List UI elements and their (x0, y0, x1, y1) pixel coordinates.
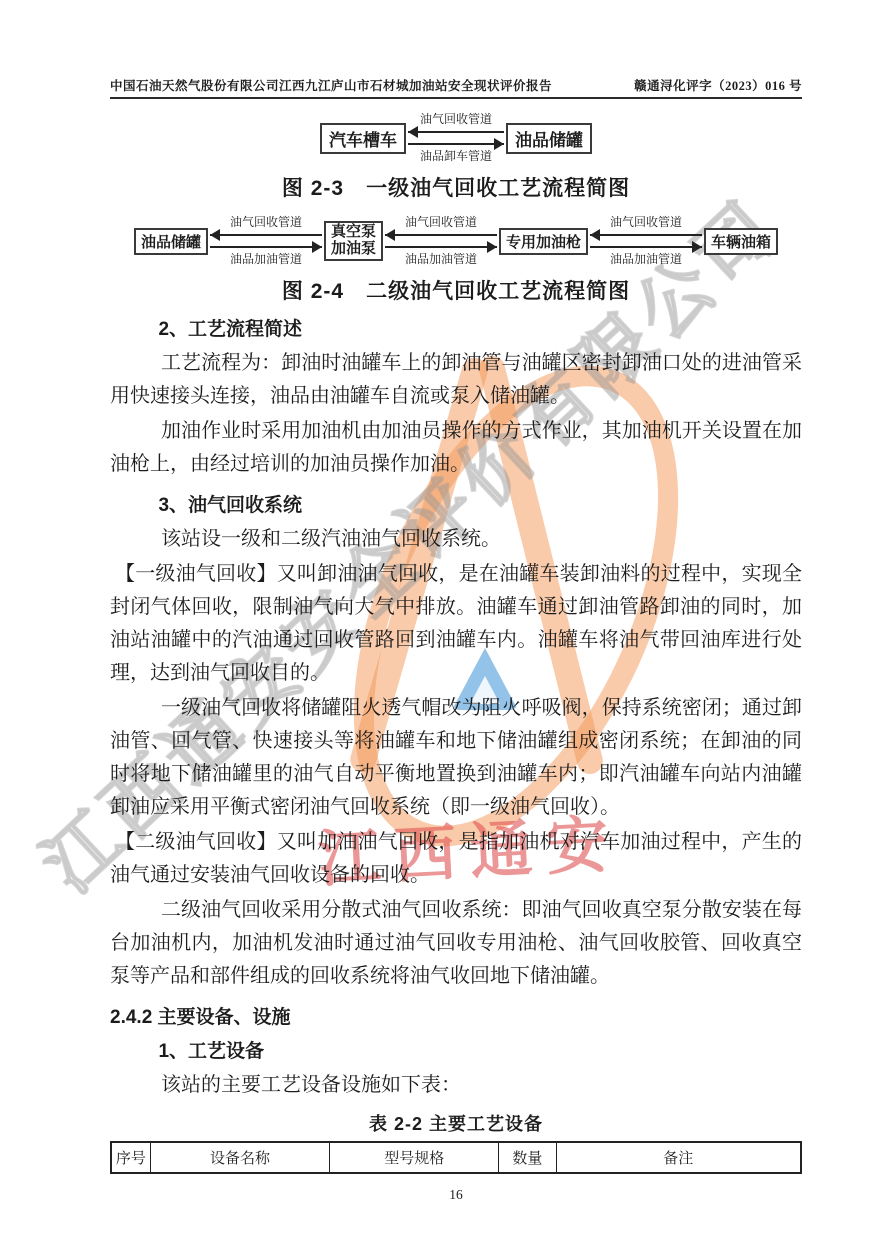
paragraph-secondary-recovery-detail: 二级油气回收采用分散式油气回收系统：即油气回收真空泵分散安装在每台加油机内，加油… (110, 894, 802, 993)
vacuum-pump-label: 真空泵 (331, 224, 376, 241)
page-content: 中国石油天然气股份有限公司江西九江庐山市石材城加油站安全现状评价报告 赣通浔化评… (110, 0, 802, 1203)
equipment-table: 序号 设备名称 型号规格 数量 备注 (110, 1141, 802, 1174)
figure-2-4-caption: 图 2-4 二级油气回收工艺流程简图 (110, 275, 802, 305)
col-header-model-spec: 型号规格 (330, 1142, 499, 1173)
paragraph-fueling-operation: 加油作业时采用加油机由加油员操作的方式作业，其加油机开关设置在加油枪上，由经过培… (110, 415, 802, 481)
paragraph-equipment-intro: 该站的主要工艺设备设施如下表： (110, 1069, 802, 1102)
heading-2-4-2: 2.4.2 主要设备、设施 (110, 1003, 802, 1033)
flow-box-tanker-truck: 汽车槽车 (320, 123, 406, 154)
flow-box-vacuum-pump: 真空泵 加油泵 (324, 221, 383, 262)
arrow-left-icon (408, 131, 504, 133)
flow-box-nozzle: 专用加油枪 (499, 228, 588, 255)
heading-vapor-recovery-system: 3、油气回收系统 (110, 491, 802, 521)
heading-process-description: 2、工艺流程简述 (110, 315, 802, 345)
table-header-row: 序号 设备名称 型号规格 数量 备注 (111, 1142, 801, 1173)
paragraph-secondary-recovery: 【二级油气回收】又叫加油油气回收，是指加油机对汽车加油过程中，产生的油气通过安装… (110, 826, 802, 892)
paragraph-station-systems: 该站设一级和二级汽油油气回收系统。 (110, 523, 802, 556)
page-header: 中国石油天然气股份有限公司江西九江庐山市石材城加油站安全现状评价报告 赣通浔化评… (110, 0, 802, 99)
col-header-remarks: 备注 (556, 1142, 801, 1173)
figure-2-3-caption: 图 2-3 一级油气回收工艺流程简图 (110, 172, 802, 202)
flow-box-storage-tank: 油品储罐 (506, 123, 592, 154)
flow-arrows-2b: 油气回收管道 油品加油管道 (385, 216, 497, 266)
col-header-index: 序号 (111, 1142, 150, 1173)
figure-2-4-diagram: 油品储罐 油气回收管道 油品加油管道 真空泵 加油泵 油气回收管道 油品加油管道… (110, 216, 802, 266)
flow-box-vehicle-tank: 车辆油箱 (704, 228, 778, 255)
oil-unloading-pipe-label: 油品卸车管道 (420, 150, 492, 163)
oil-fueling-pipe-label: 油品加油管道 (405, 253, 477, 266)
arrow-left-icon (210, 234, 322, 236)
arrow-left-icon (590, 234, 702, 236)
arrow-right-icon (385, 246, 497, 248)
heading-process-equipment: 1、工艺设备 (110, 1037, 802, 1067)
col-header-equipment-name: 设备名称 (150, 1142, 329, 1173)
oil-fueling-pipe-label: 油品加油管道 (230, 253, 302, 266)
page-number: 16 (110, 1187, 802, 1203)
header-report-title: 中国石油天然气股份有限公司江西九江庐山市石材城加油站安全现状评价报告 (110, 76, 552, 94)
paragraph-primary-recovery: 【一级油气回收】又叫卸油油气回收，是在油罐车装卸油料的过程中，实现全封闭气体回收… (110, 558, 802, 690)
arrow-right-icon (408, 143, 504, 145)
arrow-right-icon (210, 246, 322, 248)
flow-box-storage-tank-2: 油品储罐 (134, 228, 208, 255)
report-page: 江西通安安全评价有限公司 江西通安 中国石油天然气股份有限公司江西九江庐山市石材… (0, 0, 885, 1252)
paragraph-primary-recovery-detail: 一级油气回收将储罐阻火透气帽改为阻火呼吸阀，保持系统密闭；通过卸油管、回气管、快… (110, 692, 802, 824)
vapor-recovery-pipe-label: 油气回收管道 (405, 216, 477, 229)
flow-arrows-1: 油气回收管道 油品卸车管道 (408, 113, 504, 163)
arrow-left-icon (385, 234, 497, 236)
flow-arrows-2c: 油气回收管道 油品加油管道 (590, 216, 702, 266)
fuel-pump-label: 加油泵 (331, 241, 376, 258)
figure-2-3-diagram: 汽车槽车 油气回收管道 油品卸车管道 油品储罐 (110, 113, 802, 163)
arrow-right-icon (590, 246, 702, 248)
col-header-quantity: 数量 (499, 1142, 556, 1173)
table-2-2-title: 表 2-2 主要工艺设备 (110, 1110, 802, 1136)
paragraph-process-flow: 工艺流程为：卸油时油罐车上的卸油管与油罐区密封卸油口处的进油管采用快速接头连接，… (110, 347, 802, 413)
header-doc-number: 赣通浔化评字（2023）016 号 (634, 76, 802, 94)
vapor-recovery-pipe-label: 油气回收管道 (420, 113, 492, 126)
vapor-recovery-pipe-label: 油气回收管道 (230, 216, 302, 229)
oil-fueling-pipe-label: 油品加油管道 (610, 253, 682, 266)
flow-arrows-2a: 油气回收管道 油品加油管道 (210, 216, 322, 266)
vapor-recovery-pipe-label: 油气回收管道 (610, 216, 682, 229)
